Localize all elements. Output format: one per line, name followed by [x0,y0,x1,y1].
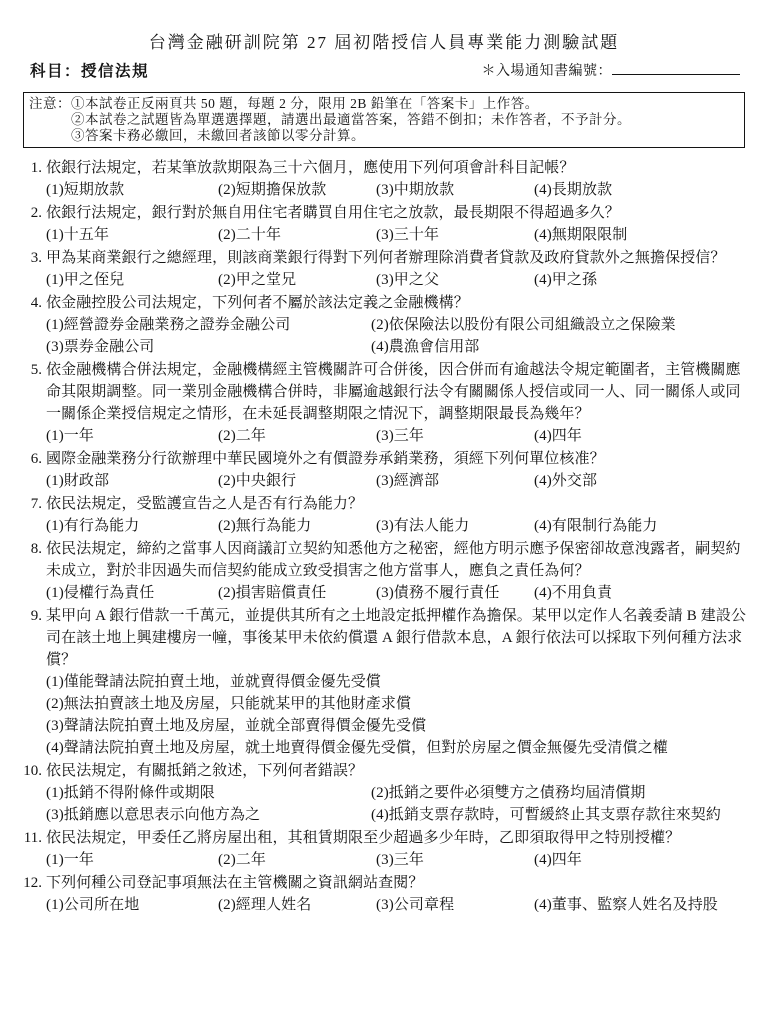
option: (4)長期放款 [534,179,750,201]
option: (3)甲之父 [376,269,534,291]
option: (3)票券金融公司 [46,336,371,358]
question: 8. 依民法規定，締約之當事人因商議訂立契約知悉他方之秘密，經他方明示應予保密卻… [0,538,750,604]
option: (1)經營證券金融業務之證券金融公司 [46,314,371,336]
question-number: 2. [0,202,42,224]
question-text: 依民法規定，有關抵銷之敘述，下列何者錯誤？ [46,760,750,782]
question-options: (1)財政部(2)中央銀行(3)經濟部(4)外交部 [46,470,750,492]
option: (4)外交部 [534,470,750,492]
question: 11. 依民法規定，甲委任乙將房屋出租，其租賃期限至少超過多少年時，乙即須取得甲… [0,827,750,871]
question-number: 3. [0,247,42,269]
option: (4)農漁會信用部 [371,336,750,358]
option: (1)十五年 [46,224,218,246]
option: (3)中期放款 [376,179,534,201]
question-number: 12. [0,872,42,894]
question: 10. 依民法規定，有關抵銷之敘述，下列何者錯誤？ (1)抵銷不得附條件或期限(… [0,760,750,826]
option: (4)聲請法院拍賣土地及房屋，就土地賣得價金優先受償，但對於房屋之價金無優先受清… [46,737,750,759]
notice-item-1: ①本試卷正反兩頁共 50 題，每題 2 分，限用 2B 鉛筆在「答案卡」上作答。 [71,96,739,112]
option: (2)經理人姓名 [218,894,376,916]
option: (3)三年 [376,849,534,871]
question-options: (1)有行為能力(2)無行為能力(3)有法人能力(4)有限制行為能力 [46,515,750,537]
question-number: 1. [0,157,42,179]
question-number: 7. [0,493,42,515]
question-options: (1)甲之侄兒(2)甲之堂兄(3)甲之父(4)甲之孫 [46,269,750,291]
question-list: 1. 依銀行法規定，若某筆放款期限為三十六個月，應使用下列何項會計科目記帳？ (… [0,157,750,916]
question-text: 依民法規定，締約之當事人因商議訂立契約知悉他方之秘密，經他方明示應予保密卻故意洩… [46,538,750,582]
option: (4)有限制行為能力 [534,515,750,537]
question-number: 11. [0,827,42,849]
question-options: (1)侵權行為責任(2)損害賠償責任(3)債務不履行責任(4)不用負責 [46,582,750,604]
option: (2)中央銀行 [218,470,376,492]
question-number: 10. [0,760,42,782]
option: (3)三十年 [376,224,534,246]
question-text: 依銀行法規定，銀行對於無自用住宅者購買自用住宅之放款，最長期限不得超過多久？ [46,202,750,224]
notice-label: 注意： [29,96,71,143]
option: (4)不用負責 [534,582,750,604]
option: (3)三年 [376,425,534,447]
question-options: (1)短期放款(2)短期擔保放款(3)中期放款(4)長期放款 [46,179,750,201]
option: (4)抵銷支票存款時，可暫緩終止其支票存款往來契約 [371,804,750,826]
option: (1)短期放款 [46,179,218,201]
option: (4)甲之孫 [534,269,750,291]
option: (3)公司章程 [376,894,534,916]
question-text: 依民法規定，甲委任乙將房屋出租，其租賃期限至少超過多少年時，乙即須取得甲之特別授… [46,827,750,849]
question: 7. 依民法規定，受監護宣告之人是否有行為能力？ (1)有行為能力(2)無行為能… [0,493,750,537]
option: (2)無法拍賣該土地及房屋，只能就某甲的其他財產求償 [46,693,750,715]
option: (1)一年 [46,425,218,447]
question: 12. 下列何種公司登記事項無法在主管機關之資訊網站查閱？ (1)公司所在地(2… [0,872,750,916]
option: (1)抵銷不得附條件或期限 [46,782,371,804]
option: (2)短期擔保放款 [218,179,376,201]
question-options: (1)十五年(2)二十年(3)三十年(4)無期限限制 [46,224,750,246]
question-text: 依民法規定，受監護宣告之人是否有行為能力？ [46,493,750,515]
question-number: 5. [0,359,42,381]
question-number: 4. [0,292,42,314]
option: (2)依保險法以股份有限公司組織設立之保險業 [371,314,750,336]
question-text: 某甲向 A 銀行借款一千萬元，並提供其所有之土地設定抵押權作為擔保。某甲以定作人… [46,605,750,671]
question: 6. 國際金融業務分行欲辦理中華民國境外之有價證券承銷業務，須經下列何單位核准？… [0,448,750,492]
option: (2)抵銷之要件必須雙方之債務均屆清償期 [371,782,750,804]
question-options: (1)抵銷不得附條件或期限(2)抵銷之要件必須雙方之債務均屆清償期(3)抵銷應以… [46,782,750,826]
question-options: (1)公司所在地(2)經理人姓名(3)公司章程(4)董事、監察人姓名及持股 [46,894,750,916]
option: (1)一年 [46,849,218,871]
question-text: 依銀行法規定，若某筆放款期限為三十六個月，應使用下列何項會計科目記帳？ [46,157,750,179]
question-options: (1)經營證券金融業務之證券金融公司(2)依保險法以股份有限公司組織設立之保險業… [46,314,750,358]
exam-paper-page: 台灣金融研訓院第 27 屆初階授信人員專業能力測驗試題 科目：授信法規 ＊入場通… [0,0,768,1024]
question-text: 依金融機構合併法規定，金融機構經主管機關許可合併後，因合併而有逾越法令規定範圍者… [46,359,750,425]
admission-number-field: ＊入場通知書編號： [482,60,741,83]
option: (1)財政部 [46,470,218,492]
option: (2)二十年 [218,224,376,246]
notice-item-3: ③答案卡務必繳回，未繳回者該節以零分計算。 [71,128,739,144]
option: (2)無行為能力 [218,515,376,537]
option: (2)二年 [218,849,376,871]
question: 4. 依金融控股公司法規定，下列何者不屬於該法定義之金融機構？ (1)經營證券金… [0,292,750,358]
question: 9. 某甲向 A 銀行借款一千萬元，並提供其所有之土地設定抵押權作為擔保。某甲以… [0,605,750,759]
option: (4)四年 [534,849,750,871]
subheader-row: 科目：授信法規 ＊入場通知書編號： [30,60,740,83]
option: (1)甲之侄兒 [46,269,218,291]
option: (4)董事、監察人姓名及持股 [534,894,750,916]
option: (1)公司所在地 [46,894,218,916]
question-text: 甲為某商業銀行之總經理，則該商業銀行得對下列何者辦理除消費者貸款及政府貸款外之無… [46,247,750,269]
question-options: (1)一年(2)二年(3)三年(4)四年 [46,849,750,871]
question-text: 國際金融業務分行欲辦理中華民國境外之有價證券承銷業務，須經下列何單位核准？ [46,448,750,470]
option: (1)有行為能力 [46,515,218,537]
option: (3)抵銷應以意思表示向他方為之 [46,804,371,826]
option: (3)有法人能力 [376,515,534,537]
option: (2)損害賠償責任 [218,582,376,604]
notice-items: ①本試卷正反兩頁共 50 題，每題 2 分，限用 2B 鉛筆在「答案卡」上作答。… [71,96,739,143]
notice-item-2: ②本試卷之試題皆為單選選擇題，請選出最適當答案，答錯不倒扣；未作答者，不予計分。 [71,112,739,128]
option: (3)聲請法院拍賣土地及房屋，並就全部賣得價金優先受償 [46,715,750,737]
notice-box: 注意： ①本試卷正反兩頁共 50 題，每題 2 分，限用 2B 鉛筆在「答案卡」… [23,92,745,148]
question: 2. 依銀行法規定，銀行對於無自用住宅者購買自用住宅之放款，最長期限不得超過多久… [0,202,750,246]
option: (3)經濟部 [376,470,534,492]
option: (1)侵權行為責任 [46,582,218,604]
question-text: 下列何種公司登記事項無法在主管機關之資訊網站查閱？ [46,872,750,894]
question: 5. 依金融機構合併法規定，金融機構經主管機關許可合併後，因合併而有逾越法令規定… [0,359,750,447]
question-number: 8. [0,538,42,560]
question-number: 6. [0,448,42,470]
option: (4)無期限限制 [534,224,750,246]
admission-number-label: ＊入場通知書編號： [482,64,613,79]
question-number: 9. [0,605,42,627]
option: (2)二年 [218,425,376,447]
option: (2)甲之堂兄 [218,269,376,291]
page-title: 台灣金融研訓院第 27 屆初階授信人員專業能力測驗試題 [0,30,768,56]
question-text: 依金融控股公司法規定，下列何者不屬於該法定義之金融機構？ [46,292,750,314]
question-options: (1)僅能聲請法院拍賣土地，並就賣得價金優先受償(2)無法拍賣該土地及房屋，只能… [46,671,750,759]
subject-label: 科目：授信法規 [30,61,149,83]
option: (3)債務不履行責任 [376,582,534,604]
question: 3. 甲為某商業銀行之總經理，則該商業銀行得對下列何者辦理除消費者貸款及政府貸款… [0,247,750,291]
question: 1. 依銀行法規定，若某筆放款期限為三十六個月，應使用下列何項會計科目記帳？ (… [0,157,750,201]
admission-number-blank-line [612,60,740,75]
option: (1)僅能聲請法院拍賣土地，並就賣得價金優先受償 [46,671,750,693]
option: (4)四年 [534,425,750,447]
question-options: (1)一年(2)二年(3)三年(4)四年 [46,425,750,447]
